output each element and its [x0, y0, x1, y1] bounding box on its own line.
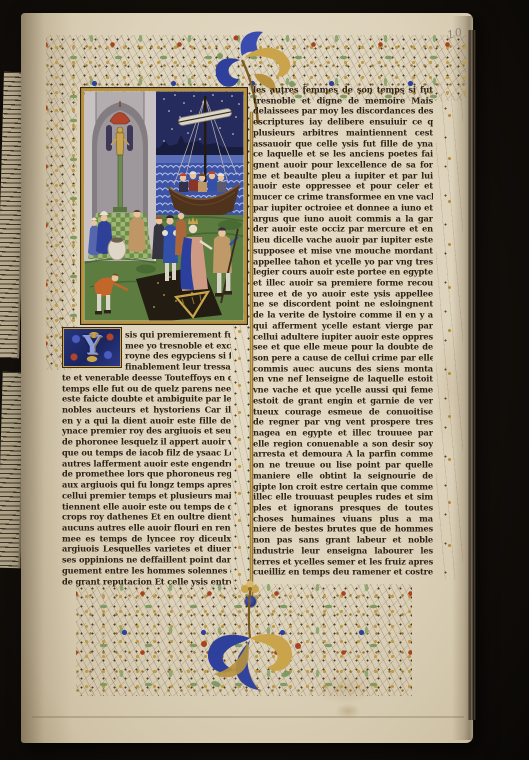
text-line: see et que elle meue pour la doubte de: [253, 341, 433, 352]
text-line: que ou temps de iacob filz de ysaac Les: [62, 447, 231, 458]
text-line: te et venerable deesse Touteffoys en qlz: [62, 372, 231, 383]
text-line: de phoronee lesquelz il appert auoir ves: [62, 436, 231, 447]
text-line: guement entre les hommes solennes et: [62, 565, 231, 576]
text-line: este faicte doubte et ambiguite par les: [62, 393, 231, 404]
text-line: arresta et demoura A la parfin comme: [253, 448, 433, 459]
acanthus-flourish-bottom-icon: [160, 580, 340, 700]
text-line: ce laquelle et se les anciens poetes fai: [253, 148, 433, 159]
text-line: cellui premier temps et plusieurs main: [62, 490, 231, 501]
text-line: non pas sans grant labeur et noble: [253, 534, 433, 545]
text-line: de la verite de lystoire comme il en y a: [253, 309, 433, 320]
text-line: industrie leur enseigna labourer les: [253, 545, 433, 556]
text-line: les autres femmes de son temps si fut: [253, 84, 433, 95]
text-line: plusieurs arbitres maintiennent cest: [253, 127, 433, 138]
text-line: ne se discordent point ne esloingnent: [253, 298, 433, 309]
text-line: royne des egypciens si feust: [125, 350, 231, 361]
text-line: en vne nef lenseigne de laquelle estoit: [253, 373, 433, 384]
text-line: finablement leur tressain: [125, 361, 231, 372]
text-line: appellee tahon et ycelle yo par vng tres: [253, 256, 433, 267]
text-line: mucer ce crime transformee en vne vache: [253, 191, 433, 202]
text-line: nobles aucteurs et hystoriens Car il: [62, 404, 231, 415]
text-line: cueilliz en temps deu ramener et costre: [253, 566, 433, 577]
text-line: vne vache et que ycelle aussi qui feme: [253, 384, 433, 395]
text-line: gnent auoir pour lexcellence de sa for: [253, 159, 433, 170]
text-line: par iupiter octroiee et donnee a iuno et: [253, 202, 433, 213]
text-line: supposee et mise vne mouche mordant: [253, 245, 433, 256]
manuscript-photo: 10: [0, 0, 529, 760]
text-line: aucuns autres elle auoir flouri en reno: [62, 522, 231, 533]
text-line: maniere elle obtint la seignourie de: [253, 470, 433, 481]
miniature-illustration: [80, 87, 248, 325]
text-line: de grant reputacion Et celle ysis entre: [62, 576, 231, 587]
text-line: ses oppinions ne deffaillent point dar: [62, 554, 231, 565]
text-line: nagea en egypte et illec trouuee par: [253, 427, 433, 438]
right-text-column: les autres femmes de son temps si futtre…: [253, 84, 433, 578]
chapel-scene: [84, 91, 156, 261]
text-line: crops roy dathenes Et en oultre dient: [62, 511, 231, 522]
text-line: argiuois Lesquelles varietes et diuer: [62, 543, 231, 554]
text-line: tiennent elle auoir este ou temps de ce: [62, 501, 231, 512]
text-line: de promethee lors que phoroneus regnoit: [62, 468, 231, 479]
parchment-crease: [32, 716, 464, 718]
text-line: son pere a cause de cellui crime par ell…: [253, 352, 433, 363]
text-line: qui afferment ycelle estant vierge par: [253, 320, 433, 331]
text-line: de regner par vng vent prospere tres: [253, 416, 433, 427]
seed-sack: [108, 237, 126, 260]
text-line: ynace premier roy des argiuois et seur: [62, 425, 231, 436]
text-line: ples et ignorans presques de toutes: [253, 502, 433, 513]
text-line: legier cours auoir este portee en egypte: [253, 266, 433, 277]
parchment-stain: [330, 700, 366, 722]
text-line: estoit de grant engin et garnie de ver: [253, 395, 433, 406]
text-line: illec elle trouuast peuples rudes et sim: [253, 491, 433, 502]
text-line: on ne treuue ou lise point par quelle: [253, 459, 433, 470]
text-line: delaissees par moy les discordances des: [253, 105, 433, 116]
text-line: auoir este oppressee et pour celer et: [253, 180, 433, 191]
right-border-penwork: [436, 94, 463, 580]
miniature-scene: [84, 91, 248, 323]
text-line: der auoir este occiz par mercure et en: [253, 223, 433, 234]
text-line: lieu dicelle vache auoir par iupiter est…: [253, 234, 433, 245]
text-line: escriptures iay delibere ensuiuir ce q: [253, 116, 433, 127]
text-line: cellui adultere iupiter auoir este oppre…: [253, 331, 433, 342]
text-line: niere de bestes brutes que de hommes: [253, 523, 433, 534]
text-line: aux argiuois qui fu longz temps apres: [62, 479, 231, 490]
text-line: sis qui premierement fu no: [125, 329, 231, 340]
left-text-column: sis qui premierement fu nomee yo tresnob…: [62, 329, 231, 587]
text-line: et illec auoir sa premiere forme recou: [253, 277, 433, 288]
